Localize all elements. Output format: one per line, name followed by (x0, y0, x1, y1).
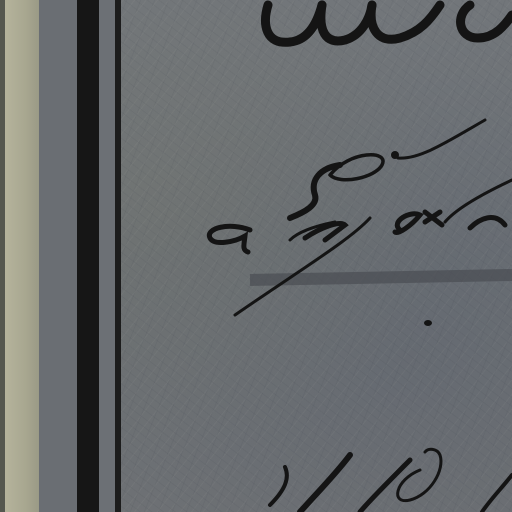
ink-dot (424, 320, 432, 326)
handwriting-ink (0, 0, 512, 512)
bottom-script-fragment (270, 449, 512, 512)
top-script-fragment (266, 5, 512, 42)
middle-script-line-1 (290, 120, 485, 218)
middle-script-line-2 (209, 180, 512, 315)
document-photo: ua Pe a yeh 10 (0, 0, 512, 512)
